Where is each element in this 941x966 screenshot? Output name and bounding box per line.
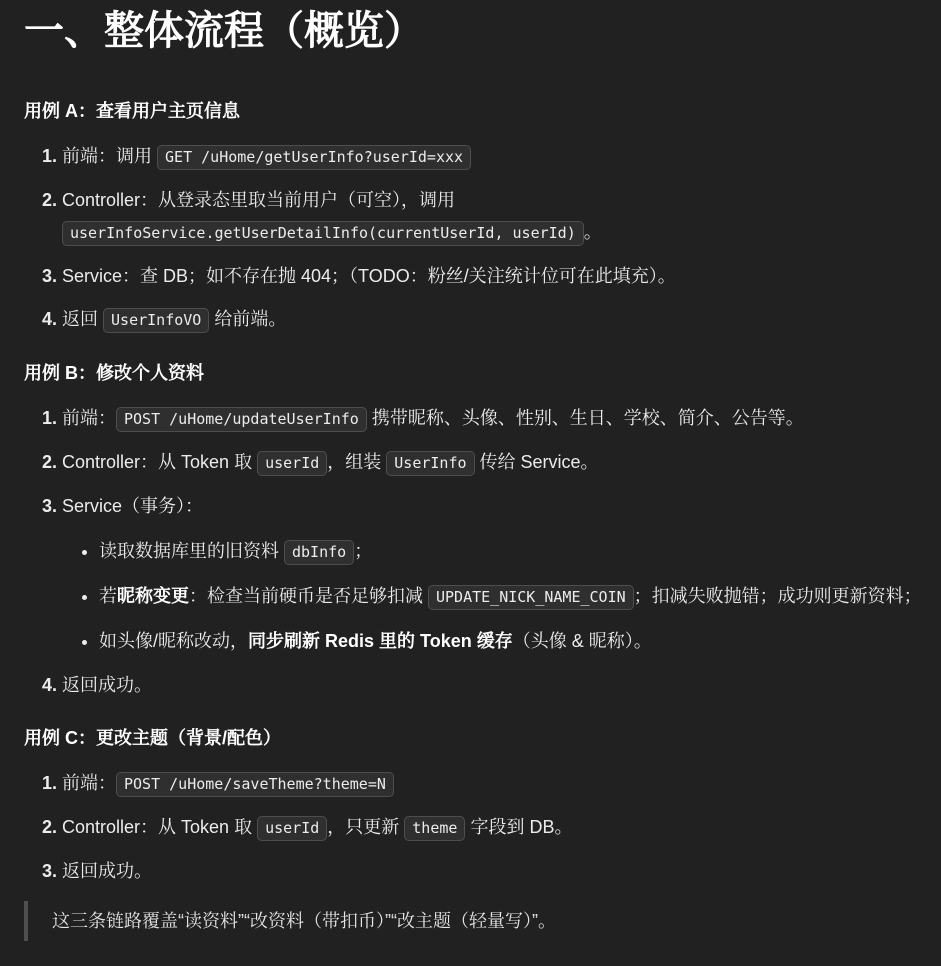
- inline-code: UPDATE_NICK_NAME_COIN: [428, 585, 634, 610]
- list-item: 前端：POST /uHome/saveTheme?theme=N: [62, 767, 931, 800]
- text-run: Service（事务）：: [62, 496, 203, 516]
- inline-code: userId: [257, 451, 327, 476]
- inline-code: dbInfo: [284, 540, 354, 565]
- text-run: 返回成功。: [62, 675, 152, 695]
- use-case-c-heading: 用例 C：更改主题（背景/配色）: [24, 725, 931, 751]
- text-run: 。: [584, 222, 602, 242]
- list-item: 前端：POST /uHome/updateUserInfo 携带昵称、头像、性别…: [62, 402, 931, 435]
- text-run: 若: [99, 586, 117, 606]
- bold-run: 昵称变更: [117, 586, 189, 606]
- text-run: ，只更新: [327, 817, 404, 837]
- text-run: 前端：: [62, 773, 116, 793]
- inline-code: UserInfo: [386, 451, 474, 476]
- use-case-b-steps: 前端：POST /uHome/updateUserInfo 携带昵称、头像、性别…: [24, 402, 931, 701]
- document-body: 一、整体流程（概览） 用例 A：查看用户主页信息 前端：调用 GET /uHom…: [0, 0, 941, 941]
- inline-code: GET /uHome/getUserInfo?userId=xxx: [157, 145, 471, 170]
- list-item: Service（事务）： 读取数据库里的旧资料 dbInfo； 若昵称变更：检查…: [62, 490, 931, 657]
- inline-code: theme: [404, 816, 465, 841]
- text-run: 返回: [62, 309, 103, 329]
- text-run: Service：查 DB；如不存在抛 404；（TODO：粉丝/关注统计位可在此…: [62, 266, 676, 286]
- text-run: ；扣减失败抛错；成功则更新资料；: [634, 586, 922, 606]
- note-blockquote: 这三条链路覆盖“读资料”“改资料（带扣币）”“改主题（轻量写）”。: [24, 901, 931, 941]
- list-item: 读取数据库里的旧资料 dbInfo；: [99, 535, 931, 568]
- list-item: 返回成功。: [62, 669, 931, 701]
- text-run: 读取数据库里的旧资料: [99, 541, 284, 561]
- text-run: 前端：调用: [62, 146, 157, 166]
- text-run: Controller：从 Token 取: [62, 452, 257, 472]
- text-run: Controller：从 Token 取: [62, 817, 257, 837]
- list-item: 如头像/昵称改动，同步刷新 Redis 里的 Token 缓存（头像 & 昵称）…: [99, 625, 931, 657]
- list-item: Service：查 DB；如不存在抛 404；（TODO：粉丝/关注统计位可在此…: [62, 260, 931, 292]
- note-text: 这三条链路覆盖“读资料”“改资料（带扣币）”“改主题（轻量写）”。: [52, 911, 556, 931]
- list-item: 返回成功。: [62, 855, 931, 887]
- text-run: ，组装: [327, 452, 386, 472]
- list-item: Controller：从登录态里取当前用户（可空），调用 userInfoSer…: [62, 184, 931, 249]
- text-run: 携带昵称、头像、性别、生日、学校、简介、公告等。: [367, 408, 804, 428]
- text-run: （头像 & 昵称）。: [513, 631, 652, 651]
- inline-code: POST /uHome/updateUserInfo: [116, 407, 367, 432]
- text-run: 传给 Service。: [475, 452, 599, 472]
- text-run: 给前端。: [209, 309, 286, 329]
- text-run: ；: [354, 541, 372, 561]
- text-run: ：检查当前硬币是否足够扣减: [189, 586, 428, 606]
- page-title: 一、整体流程（概览）: [24, 4, 931, 58]
- inline-code: POST /uHome/saveTheme?theme=N: [116, 772, 394, 797]
- inline-code: userId: [257, 816, 327, 841]
- service-sub-bullets: 读取数据库里的旧资料 dbInfo； 若昵称变更：检查当前硬币是否足够扣减 UP…: [62, 535, 931, 657]
- bold-run: 同步刷新 Redis 里的 Token 缓存: [248, 631, 513, 651]
- use-case-a-steps: 前端：调用 GET /uHome/getUserInfo?userId=xxx …: [24, 140, 931, 336]
- text-run: Controller：从登录态里取当前用户（可空），调用: [62, 190, 455, 210]
- list-item: 若昵称变更：检查当前硬币是否足够扣减 UPDATE_NICK_NAME_COIN…: [99, 580, 931, 613]
- text-run: 字段到 DB。: [465, 817, 572, 837]
- list-item: Controller：从 Token 取 userId，只更新 theme 字段…: [62, 811, 931, 844]
- inline-code: userInfoService.getUserDetailInfo(curren…: [62, 221, 584, 246]
- list-item: 返回 UserInfoVO 给前端。: [62, 303, 931, 336]
- use-case-b-heading: 用例 B：修改个人资料: [24, 360, 931, 386]
- text-run: 如头像/昵称改动，: [99, 631, 248, 651]
- inline-code: UserInfoVO: [103, 308, 209, 333]
- use-case-a-heading: 用例 A：查看用户主页信息: [24, 98, 931, 124]
- list-item: Controller：从 Token 取 userId，组装 UserInfo …: [62, 446, 931, 479]
- text-run: 前端：: [62, 408, 116, 428]
- list-item: 前端：调用 GET /uHome/getUserInfo?userId=xxx: [62, 140, 931, 173]
- text-run: 返回成功。: [62, 861, 152, 881]
- use-case-c-steps: 前端：POST /uHome/saveTheme?theme=N Control…: [24, 767, 931, 887]
